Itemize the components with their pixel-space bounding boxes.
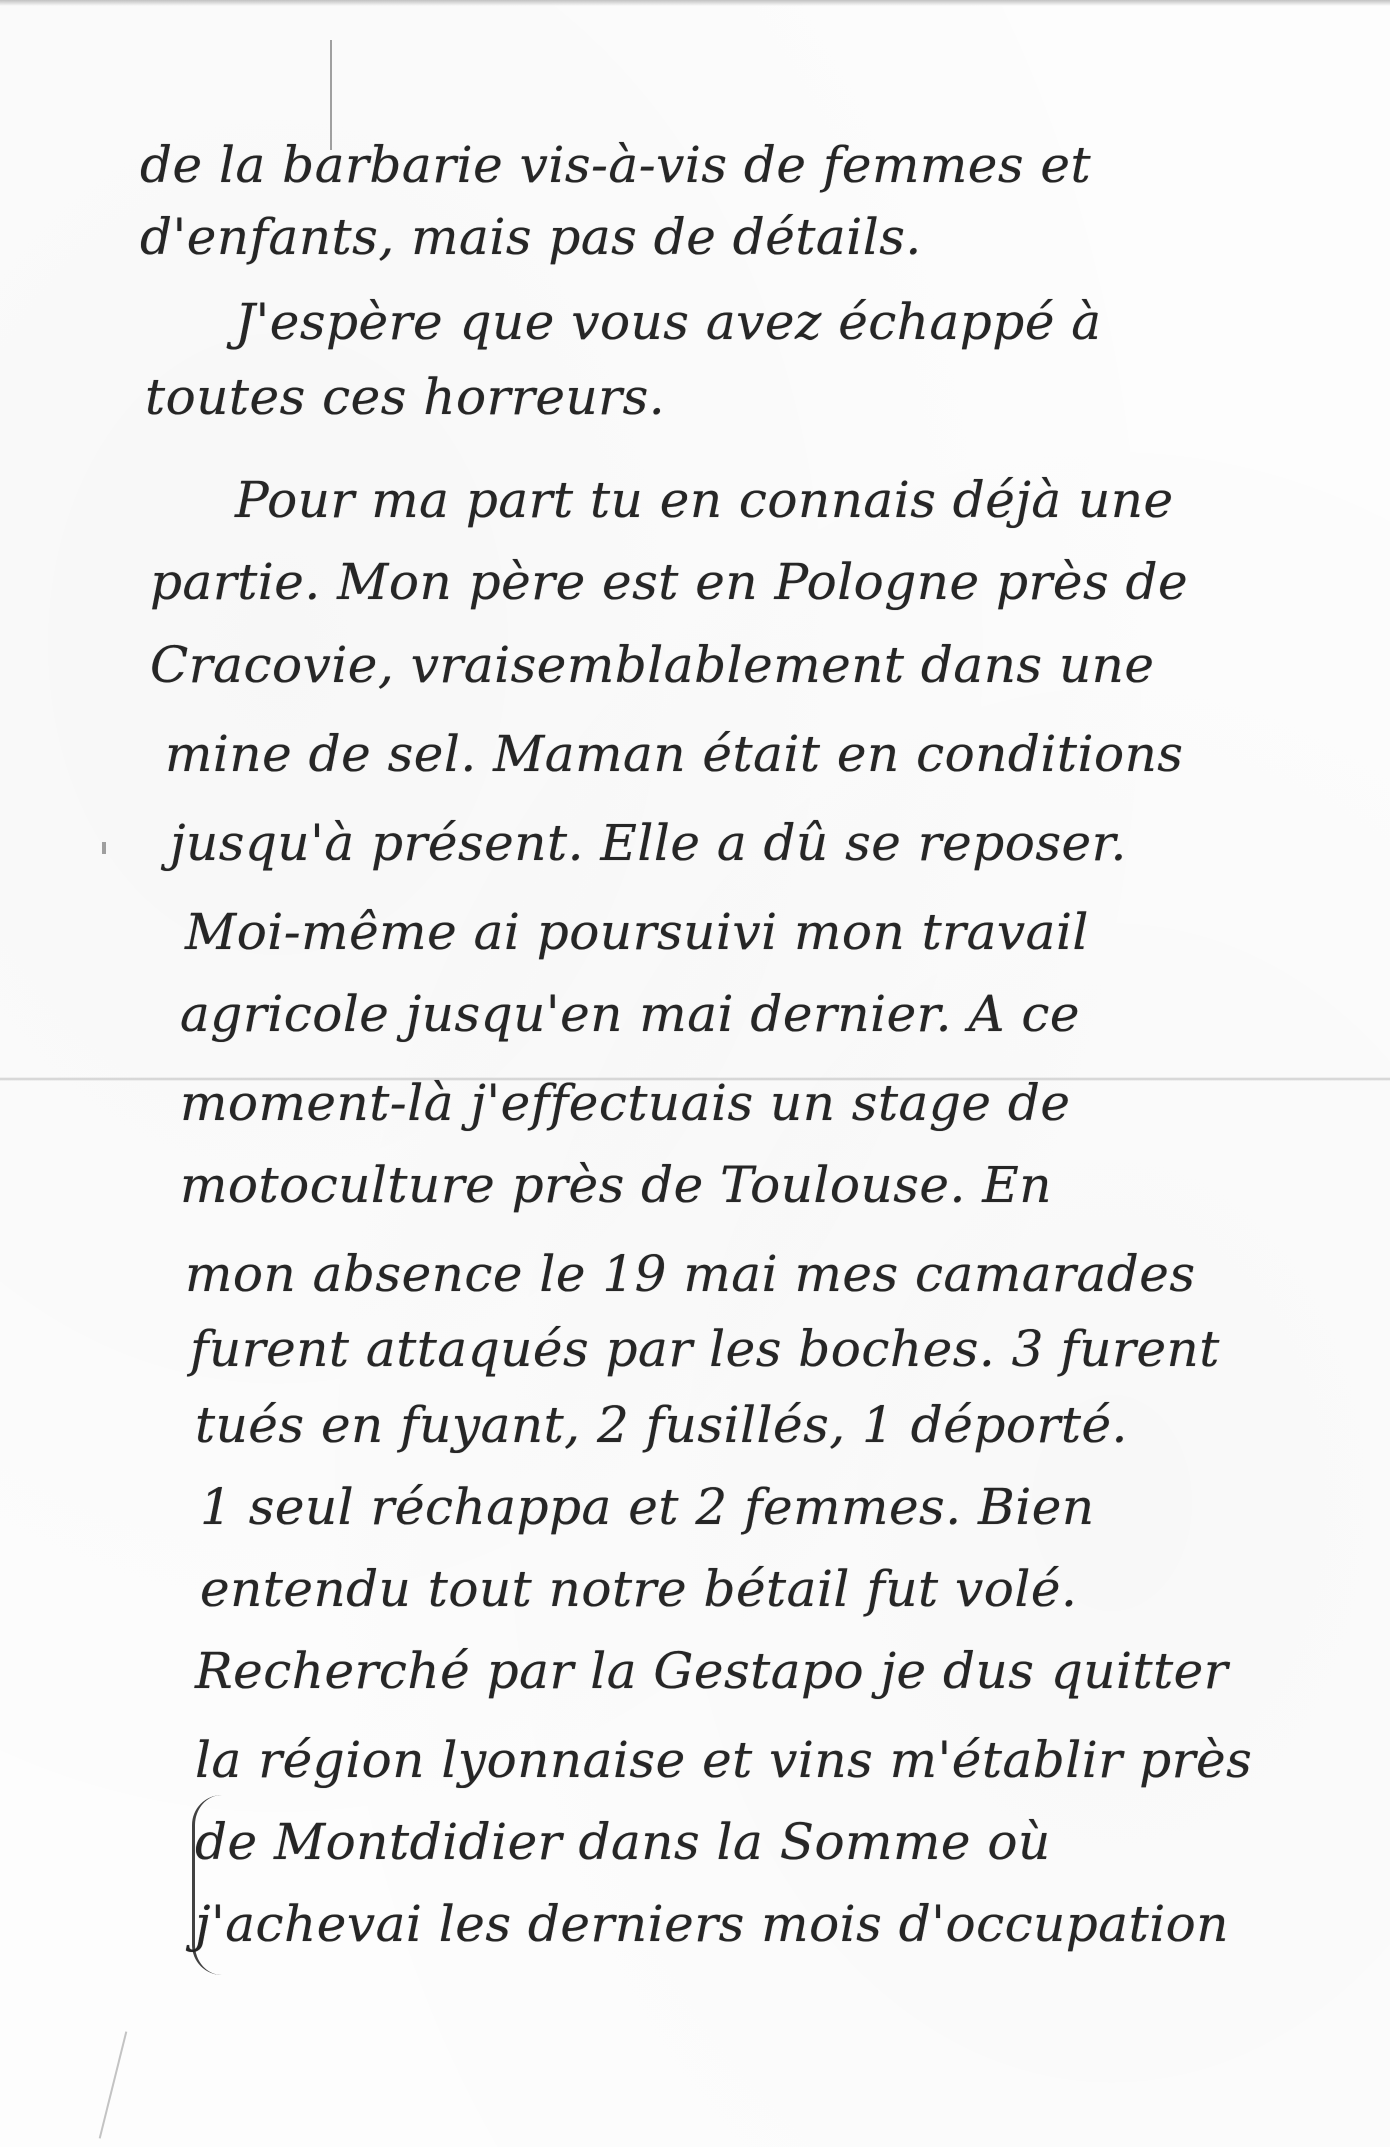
letter-line-21: de Montdidier dans la Somme où (195, 1817, 1051, 1867)
letter-line-6: partie. Mon père est en Pologne près de (150, 557, 1188, 607)
letter-line-10: Moi-même ai poursuivi mon travail (185, 907, 1089, 957)
page-top-edge (0, 0, 1390, 6)
letter-line-11: agricole jusqu'en mai dernier. A ce (180, 989, 1080, 1039)
letter-line-13: motoculture près de Toulouse. En (180, 1160, 1052, 1210)
letter-line-20: la région lyonnaise et vins m'établir pr… (195, 1735, 1252, 1785)
pencil-mark (102, 842, 106, 854)
letter-line-8: mine de sel. Maman était en conditions (165, 729, 1183, 779)
letter-line-1: de la barbarie vis-à-vis de femmes et (140, 140, 1091, 190)
letter-page: de la barbarie vis-à-vis de femmes et d'… (0, 0, 1390, 2147)
pencil-mark (99, 2031, 128, 2138)
letter-line-2: d'enfants, mais pas de détails. (140, 212, 922, 262)
letter-line-12: moment-là j'effectuais un stage de (180, 1078, 1070, 1128)
letter-line-16: tués en fuyant, 2 fusillés, 1 déporté. (195, 1400, 1128, 1450)
bleed-through-text (680, 95, 691, 135)
letter-line-4: toutes ces horreurs. (145, 372, 665, 422)
letter-line-5: Pour ma part tu en connais déjà une (235, 475, 1174, 525)
margin-bracket-stroke (192, 1795, 235, 1975)
letter-line-3: J'espère que vous avez échappé à (235, 297, 1102, 347)
letter-line-15: furent attaqués par les boches. 3 furent (190, 1324, 1220, 1374)
letter-line-18: entendu tout notre bétail fut volé. (200, 1564, 1077, 1614)
letter-line-9: jusqu'à présent. Elle a dû se reposer. (170, 818, 1127, 868)
letter-line-19: Recherché par la Gestapo je dus quitter (195, 1646, 1228, 1696)
pencil-mark (330, 40, 332, 150)
letter-line-22: j'achevai les derniers mois d'occupation (195, 1899, 1229, 1949)
letter-line-14: mon absence le 19 mai mes camarades (185, 1249, 1196, 1299)
letter-line-7: Cracovie, vraisemblablement dans une (150, 640, 1154, 690)
letter-line-17: 1 seul réchappa et 2 femmes. Bien (200, 1482, 1095, 1532)
